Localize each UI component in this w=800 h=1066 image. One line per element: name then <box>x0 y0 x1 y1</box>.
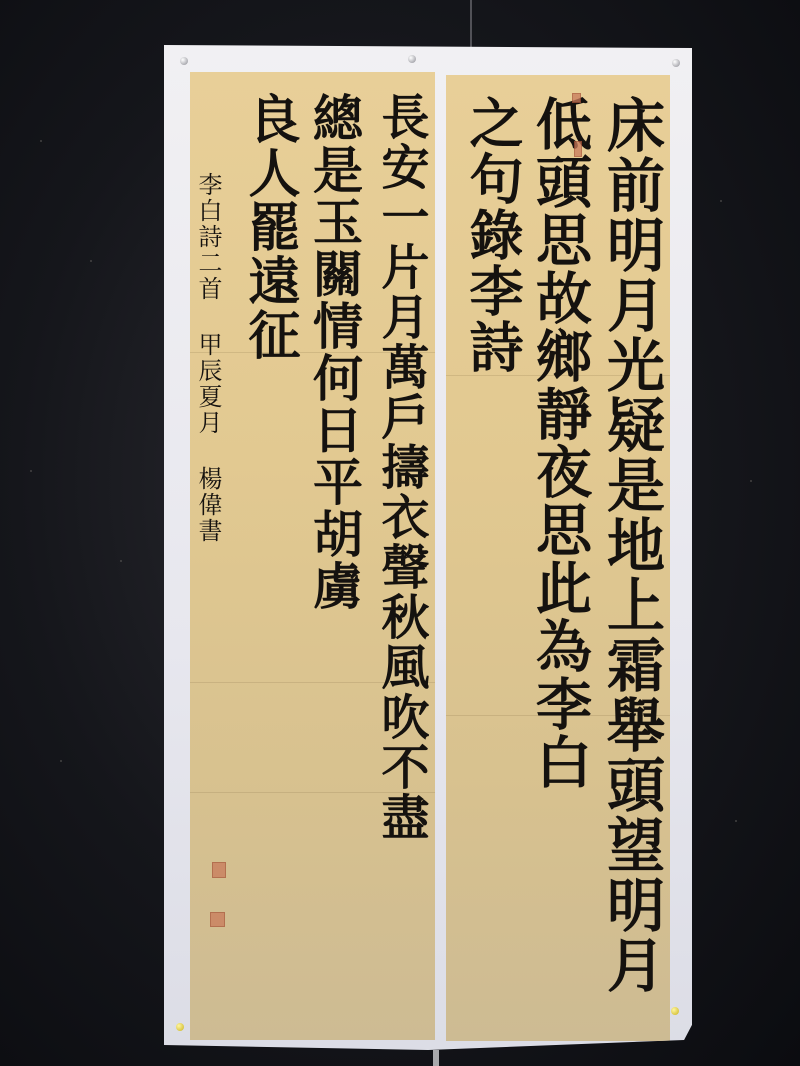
calligraphy-column: 低頭思故鄉靜夜思此為李白 <box>532 95 588 791</box>
push-pin <box>408 55 416 63</box>
push-pin <box>180 57 188 65</box>
push-pin-yellow <box>176 1023 184 1031</box>
wall-speck <box>90 260 92 262</box>
wall-speck <box>60 760 62 762</box>
wall-speck <box>40 140 42 142</box>
calligraphy-column: 之句錄李詩 <box>466 95 520 375</box>
inscription: 李白詩二首 甲辰夏月 楊偉書 <box>196 172 220 544</box>
wall-speck <box>720 200 722 202</box>
scroll-mount: 長安一片月萬戶擣衣聲秋風吹不盡 總是玉關情何日平胡虜 良人罷遠征 李白詩二首 甲… <box>164 45 692 1050</box>
name-seal <box>212 862 226 878</box>
studio-seal <box>210 912 225 927</box>
calligraphy-column: 長安一片月萬戶擣衣聲秋風吹不盡 <box>377 92 425 842</box>
wall-speck <box>750 480 752 482</box>
seal-top <box>572 93 581 103</box>
calligraphy-panel-right: 床前明月光疑是地上霜舉頭望明月 低頭思故鄉靜夜思此為李白 之句錄李詩 <box>446 75 670 1041</box>
wall-seam-bottom <box>433 1050 439 1066</box>
wall-speck <box>735 820 737 822</box>
push-pin-yellow <box>671 1007 679 1015</box>
push-pin <box>672 59 680 67</box>
seal-lower <box>574 141 582 157</box>
calligraphy-column: 總是玉關情何日平胡虜 <box>309 92 359 612</box>
wall-speck <box>120 560 122 562</box>
wall-speck <box>30 470 32 472</box>
calligraphy-column: 床前明月光疑是地上霜舉頭望明月 <box>602 95 660 995</box>
wall-seam <box>470 0 472 50</box>
calligraphy-column: 良人罷遠征 <box>243 92 295 362</box>
calligraphy-panel-left: 長安一片月萬戶擣衣聲秋風吹不盡 總是玉關情何日平胡虜 良人罷遠征 李白詩二首 甲… <box>190 72 435 1040</box>
